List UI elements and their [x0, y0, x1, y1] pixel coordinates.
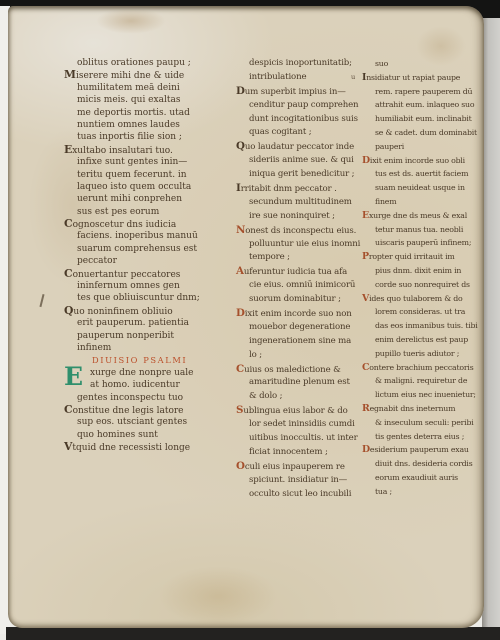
text-line: Vides quo tulaborem & do	[362, 292, 464, 306]
rubric-line: DIUISIO PSALMI	[64, 354, 240, 366]
versal-capital: E	[362, 210, 369, 221]
text-line: tempore ;	[236, 251, 364, 265]
text-line: ininfernum omnes gen	[64, 280, 240, 292]
text-line: suorum dominabitur ;	[236, 293, 364, 307]
text-line: Auferuntur iudicia tua afa	[236, 265, 364, 279]
text-line: me deportis mortis. utad	[64, 107, 240, 119]
text-line: Nonest ds inconspectu eius.	[236, 224, 364, 238]
text-line: polluuntur uie eius inomni	[236, 238, 364, 252]
text-line: & dolo ;	[236, 390, 364, 404]
text-line: pupillo tueris adiutor ;	[362, 347, 464, 361]
versal-capital: N	[236, 224, 245, 236]
text-line: humiliabit eum. inclinabit	[362, 112, 464, 126]
backdrop-bottom	[6, 627, 500, 640]
text-line: lor sedet ininsidiis cumdi	[236, 418, 364, 432]
text-line: Desiderium pauperum exau	[362, 443, 464, 457]
text-line: Conuertantur peccatores	[64, 268, 240, 280]
text-line: quo homines sunt	[64, 429, 240, 441]
versal-capital: C	[64, 267, 73, 280]
text-line: amaritudine plenum est	[236, 376, 364, 390]
book-fore-edge	[482, 18, 500, 630]
text-line: Oculi eius inpauperem re	[236, 460, 364, 474]
text-line: cie eius. omniū inimicorū	[236, 279, 364, 293]
text-line: ingenerationem sine ma	[236, 335, 364, 349]
text-line: pius dnm. dixit enim in	[362, 264, 464, 278]
text-line: infinem	[64, 342, 240, 354]
text-line: lo ;	[236, 349, 364, 363]
versal-capital: D	[362, 444, 370, 455]
versal-capital: R	[362, 403, 370, 414]
text-line: humilitatem meā deini	[64, 82, 240, 94]
text-line: tis gentes deterra eius ;	[362, 430, 464, 444]
versal-capital: O	[236, 460, 245, 472]
text-line: Sublingua eius labor & do	[236, 404, 364, 418]
text-line: eorum exaudiuit auris	[362, 471, 464, 485]
text-line: Dixit enim incorde suo non	[236, 307, 364, 321]
text-line: infixe sunt gentes inin—	[64, 156, 240, 168]
text-line: ficiat innocentem ;	[236, 446, 364, 460]
text-line: enim derelictus est paup	[362, 333, 464, 347]
text-line: Contere brachium peccatoris	[362, 361, 464, 375]
versal-capital: D	[236, 85, 245, 97]
text-line: sideriis anime sue. & qui	[236, 154, 364, 168]
versal-capital: C	[64, 217, 73, 230]
text-line: Exultabo insalutari tuo.	[64, 144, 240, 156]
text-line: pauperi	[362, 140, 464, 154]
parchment-page: oblitus orationes paupu ;Miserere mihi d…	[8, 6, 484, 628]
text-line: Cuius os maledictione &	[236, 363, 364, 377]
versal-capital: I	[362, 72, 366, 83]
versal-capital: I	[236, 182, 241, 194]
text-line: mouebor degeneratione	[236, 321, 364, 335]
manuscript-photo: oblitus orationes paupu ;Miserere mihi d…	[0, 0, 500, 640]
text-line: Constitue dne legis latore	[64, 404, 240, 416]
margin-pen-mark	[39, 294, 44, 307]
text-line: corde suo nonrequiret ds	[362, 278, 464, 292]
text-line: se & cadet. dum dominabit	[362, 126, 464, 140]
text-line: Miserere mihi dne & uide	[64, 69, 240, 81]
text-line: Quo laudatur peccator inde	[236, 140, 364, 154]
text-line: Quo noninfinem obliuio	[64, 305, 240, 317]
text-line: Exurge dne ds meus & exal	[362, 209, 464, 223]
text-line: micis meis. qui exaltas	[64, 94, 240, 106]
text-line: tes que obliuiscuntur dnm;	[64, 292, 240, 304]
text-line: sup eos. utsciant gentes	[64, 416, 240, 428]
text-line: Insidiatur ut rapiat paupeu	[362, 71, 464, 85]
text-line: spiciunt. insidiatur in—	[236, 474, 364, 488]
versal-capital: C	[64, 403, 73, 416]
versal-capital: D	[362, 155, 370, 166]
text-line: suo	[362, 57, 464, 71]
versal-capital: Q	[64, 304, 73, 317]
text-line: & inseculum seculi: peribi	[362, 416, 464, 430]
text-line: nuntiem omnes laudes	[64, 119, 240, 131]
text-line: tuas inportis filie sion ;	[64, 131, 240, 143]
text-line: uiscaris pauperū infinem;	[362, 236, 464, 250]
text-line: faciens. inoperibus manuū	[64, 230, 240, 242]
text-line: secundum multitudinem	[236, 196, 364, 210]
parchment-stain	[158, 566, 278, 626]
text-line: uerunt mihi conprehen	[64, 193, 240, 205]
text-line: Regnabit dns ineternum	[362, 402, 464, 416]
text-line: despicis inoportunitatib;	[236, 57, 364, 71]
text-line: Dixit enim incorde suo obli	[362, 154, 464, 168]
text-line: suam neuideat usque in	[362, 181, 464, 195]
text-column-middle: despicis inoportunitatib;intribulationeD…	[236, 57, 364, 502]
versal-capital: C	[362, 362, 369, 373]
text-line: laqueo isto quem occulta	[64, 181, 240, 193]
text-line: ire sue noninquiret ;	[236, 210, 364, 224]
text-line: quas cogitant ;	[236, 126, 364, 140]
text-line: Vtquid dne recessisti longe	[64, 441, 240, 453]
text-line: Dum superbit impius in—	[236, 85, 364, 99]
text-line: attrahit eum. inlaqueo suo	[362, 98, 464, 112]
parchment-stain	[96, 8, 166, 34]
text-line: das eos inmanibus tuis. tibi	[362, 319, 464, 333]
text-line: suarum comprehensus est	[64, 243, 240, 255]
text-line: cenditur paup comprehen	[236, 99, 364, 113]
text-line: peccator	[64, 255, 240, 267]
text-line: Irritabit dnm peccator .	[236, 182, 364, 196]
text-line: gentes inconspectu tuo	[64, 392, 240, 404]
text-column-right: suoInsidiatur ut rapiat paupeurem. raper…	[362, 57, 464, 499]
versal-capital: Q	[236, 140, 245, 152]
text-line: Propter quid irritauit im	[362, 250, 464, 264]
text-line: intribulatione	[236, 71, 364, 85]
text-line: uitibus inoccultis. ut inter	[236, 432, 364, 446]
versal-capital: E	[64, 143, 72, 156]
versal-capital: A	[236, 265, 244, 277]
text-line: lictum eius nec inuenietur;	[362, 388, 464, 402]
text-column-left: oblitus orationes paupu ;Miserere mihi d…	[64, 57, 240, 454]
versal-capital: D	[236, 307, 245, 319]
text-line: iniqua gerit benedicitur ;	[236, 168, 364, 182]
text-line: sus est pes eorum	[64, 206, 240, 218]
text-line: tua ;	[362, 485, 464, 499]
text-line: finem	[362, 195, 464, 209]
versal-capital: V	[64, 440, 72, 453]
text-line: Exurge dne nonpre uale	[64, 367, 240, 379]
text-line: erit pauperum. patientia	[64, 317, 240, 329]
text-line: at homo. iudicentur	[64, 379, 240, 391]
text-line: occulto sicut leo incubili	[236, 488, 364, 502]
text-line: & maligni. requiretur de	[362, 374, 464, 388]
text-line: dunt incogitationibus suis	[236, 113, 364, 127]
versal-capital: V	[362, 293, 369, 304]
text-line: teritu quem fecerunt. in	[64, 169, 240, 181]
versal-capital: C	[236, 363, 244, 375]
versal-capital: S	[236, 404, 243, 416]
text-line: tetur manus tua. neobli	[362, 223, 464, 237]
text-line: rem. rapere pauperem dū	[362, 85, 464, 99]
text-line: Cognoscetur dns iudicia	[64, 218, 240, 230]
versal-capital: M	[64, 68, 76, 81]
text-line: oblitus orationes paupu ;	[64, 57, 240, 69]
text-line: diuit dns. desideria cordis	[362, 457, 464, 471]
text-line: lorem consideras. ut tra	[362, 305, 464, 319]
marginal-mark: u	[351, 71, 355, 85]
text-line: tus est ds. auertit faciem	[362, 167, 464, 181]
text-line: pauperum nonperibit	[64, 330, 240, 342]
versal-capital: P	[362, 251, 369, 262]
